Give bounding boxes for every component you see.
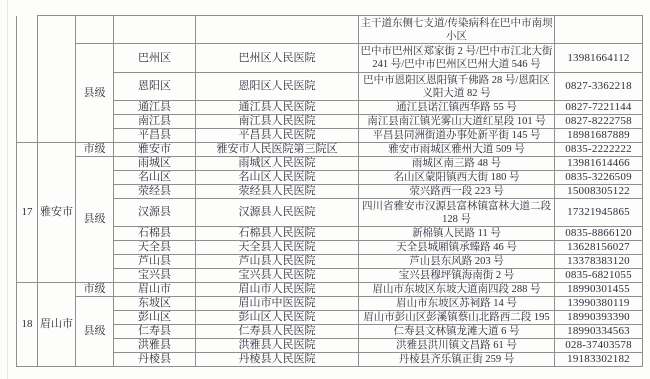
address-cell: 天全县城厢镇承臻路 46 号 [359,241,555,255]
phone-cell: 19183302182 [555,353,643,367]
level-cell: 县级 [76,157,114,283]
phone-cell: 13628156027 [555,241,643,255]
hospital-cell: 石棉县人民医院 [196,227,359,241]
phone-cell: 0827-3362218 [555,73,643,101]
district-cell: 南江县 [114,115,196,129]
district-cell: 通江县 [114,101,196,115]
hospital-cell: 眉山市人民医院 [196,283,359,297]
phone-cell: 18990301455 [555,283,643,297]
level-cell: 县级 [76,297,114,367]
hospital-cell: 洪雅县人民医院 [196,339,359,353]
level-cell: 市级 [76,143,114,157]
hospital-cell: 彭山区人民医院 [196,311,359,325]
district-cell: 石棉县 [114,227,196,241]
district-cell: 宝兴县 [114,269,196,283]
phone-cell: 0827-8222758 [555,115,643,129]
phone-cell: 0835-6821055 [555,269,643,283]
district-cell: 平昌县 [114,129,196,143]
phone-cell: 18990393390 [555,311,643,325]
address-cell: 通江县诺江镇西华路 55 号 [359,101,555,115]
city-cell [38,16,76,143]
city-cell: 眉山市 [38,283,76,367]
address-cell: 雨城区南三路 48 号 [359,157,555,171]
phone-cell: 13990380119 [555,297,643,311]
address-cell: 巴中市巴州区郑家街 2 号/巴中市江北大街 241 号/巴中市巴州区巴州大道 5… [359,44,555,73]
address-cell: 荥兴路西一段 223 号 [359,185,555,199]
city-cell: 雅安市 [38,143,76,283]
hospital-cell: 平昌县人民医院 [196,129,359,143]
rownum-cell [17,16,38,143]
hospital-cell: 恩阳区人民医院 [196,73,359,101]
hospital-cell: 天全县人民医院 [196,241,359,255]
hospital-cell: 南江县人民医院 [196,115,359,129]
hospital-cell: 宝兴县人民医院 [196,269,359,283]
address-cell: 眉山市东坡区苏祠路 14 号 [359,297,555,311]
address-cell: 四川省雅安市汉源县富林镇富林大道二段 128 号 [359,199,555,227]
phone-cell: 0827-7221144 [555,101,643,115]
rownum-cell: 18 [17,283,38,367]
hospital-cell: 名山区人民医院 [196,171,359,185]
address-cell: 洪雅县洪川镇文昌路 61 号 [359,339,555,353]
phone-cell: 13981614466 [555,157,643,171]
district-cell [114,16,196,44]
address-cell: 主干道东侧七支道/传染病科在巴中市南坝小区 [359,16,555,44]
document-page: { "page": { "background": "#fdfdfc", "te… [0,0,650,379]
district-cell: 芦山县 [114,255,196,269]
rownum-cell: 17 [17,143,38,283]
hospital-cell: 仁寿县人民医院 [196,325,359,339]
hospital-cell: 眉山市中医医院 [196,297,359,311]
district-cell: 巴州区 [114,44,196,73]
district-cell: 彭山区 [114,311,196,325]
district-cell: 丹棱县 [114,353,196,367]
hospital-cell: 荥经县人民医院 [196,185,359,199]
district-cell: 恩阳区 [114,73,196,101]
hospital-cell [196,16,359,44]
hospital-cell: 雅安市人民医院第三院区 [196,143,359,157]
phone-cell: 15008305122 [555,185,643,199]
address-cell: 南江县南江镇光雾山大道红星段 101 号 [359,115,555,129]
district-cell: 洪雅县 [114,339,196,353]
page-left-edge [7,0,8,379]
address-cell: 名山区蒙阳镇西大街 180 号 [359,171,555,185]
district-cell: 天全县 [114,241,196,255]
district-cell: 汉源县 [114,199,196,227]
hospital-cell: 巴州区人民医院 [196,44,359,73]
district-cell: 仁寿县 [114,325,196,339]
phone-cell: 13378383120 [555,255,643,269]
phone-cell: 0835-3226509 [555,171,643,185]
district-cell: 眉山市 [114,283,196,297]
address-cell: 新棉镇人民路 11 号 [359,227,555,241]
address-cell: 仁寿县文林镇龙滩大道 6 号 [359,325,555,339]
phone-cell: 028-37403578 [555,339,643,353]
phone-cell: 18981687889 [555,129,643,143]
district-cell: 荥经县 [114,185,196,199]
district-cell: 东坡区 [114,297,196,311]
level-cell: 县级 [76,44,114,143]
hospital-cell: 芦山县人民医院 [196,255,359,269]
district-cell: 雅安市 [114,143,196,157]
hospital-cell: 汉源县人民医院 [196,199,359,227]
phone-cell: 17321945865 [555,199,643,227]
hospital-cell: 丹棱县人民医院 [196,353,359,367]
hospital-directory-table: 主干道东侧七支道/传染病科在巴中市南坝小区 县级 巴州区 巴州区人民医院 巴中市… [16,15,643,367]
phone-cell: 0835-8866120 [555,227,643,241]
level-cell: 市级 [76,283,114,297]
phone-cell [555,16,643,44]
address-cell: 雅安市雨城区雅州大道 509 号 [359,143,555,157]
address-cell: 眉山市东坡区东坡大道南四段 288 号 [359,283,555,297]
hospital-cell: 通江县人民医院 [196,101,359,115]
phone-cell: 0835-2222222 [555,143,643,157]
address-cell: 平昌县同洲街道办事处新平街 145 号 [359,129,555,143]
address-cell: 芦山县东风路 203 号 [359,255,555,269]
address-cell: 丹棱县齐乐镇正街 259 号 [359,353,555,367]
district-cell: 雨城区 [114,157,196,171]
address-cell: 宝兴县穆坪镇海南街 2 号 [359,269,555,283]
phone-cell: 18990334563 [555,325,643,339]
address-cell: 眉山市彭山区彭溪镇蔡山北路西二段 195 [359,311,555,325]
address-cell: 巴中市恩阳区恩阳镇千佛路 28 号/恩阳区义阳大道 82 号 [359,73,555,101]
level-cell [76,16,114,44]
phone-cell: 13981664112 [555,44,643,73]
district-cell: 名山区 [114,171,196,185]
hospital-cell: 雨城区人民医院 [196,157,359,171]
